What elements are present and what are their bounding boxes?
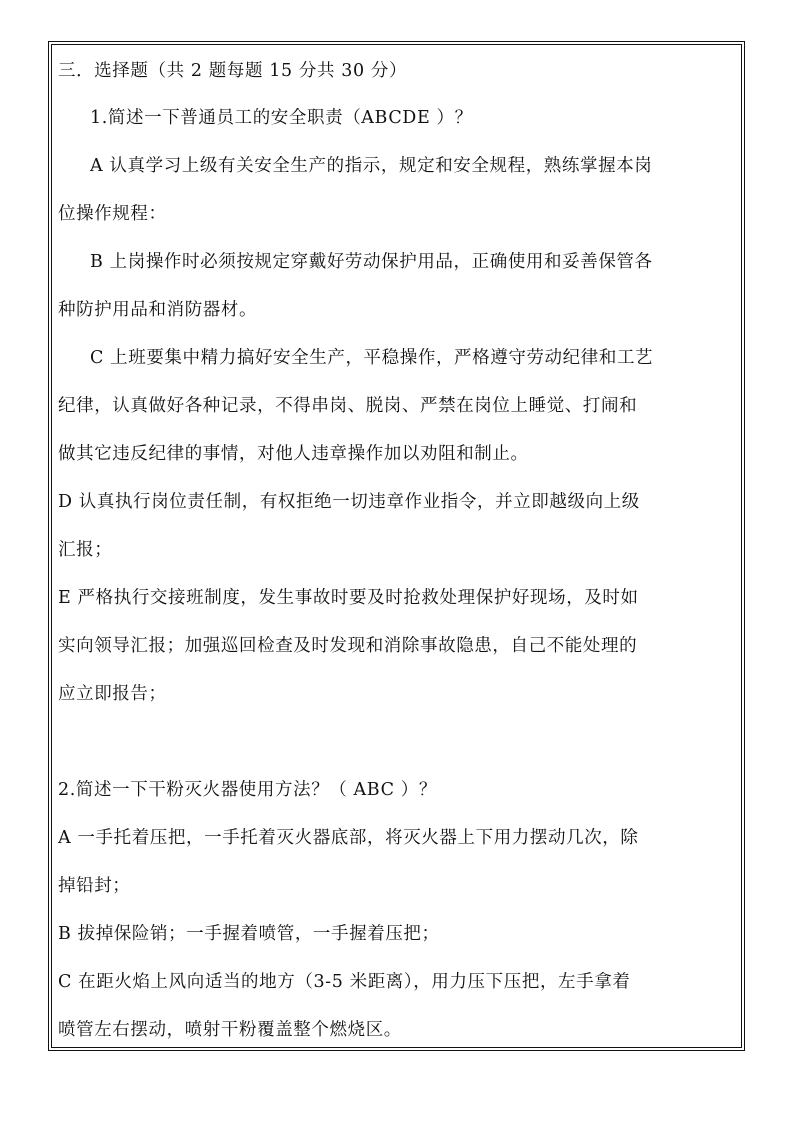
q1-option-a-line-2: 位操作规程： [58, 202, 740, 226]
q1-option-b-line-1: B 上岗操作时必须按规定穿戴好劳动保护用品，正确使用和妥善保管各 [90, 250, 772, 274]
q2-option-c-line-1: C 在距火焰上风向适当的地方（3-5 米距离），用力压下压把，左手拿着 [58, 970, 740, 994]
q1-option-e-line-2: 实向领导汇报；加强巡回检查及时发现和消除事故隐患，自己不能处理的 [58, 634, 740, 658]
section-title: 三．选择题（共 2 题每题 15 分共 30 分） [58, 59, 740, 83]
q2-option-c-line-2: 喷管左右摆动，喷射干粉覆盖整个燃烧区。 [58, 1018, 740, 1042]
q1-option-d-line-2: 汇报； [58, 538, 740, 562]
q1-option-b-line-2: 种防护用品和消防器材。 [58, 298, 740, 322]
q1-option-c-line-1: C 上班要集中精力搞好安全生产，平稳操作，严格遵守劳动纪律和工艺 [90, 346, 772, 370]
q1-option-e-line-3: 应立即报告； [58, 682, 740, 706]
question-1-prompt: 1.简述一下普通员工的安全职责（ABCDE ）？ [90, 106, 772, 130]
q1-option-d-line-1: D 认真执行岗位责任制，有权拒绝一切违章作业指令，并立即越级向上级 [58, 490, 740, 514]
q1-option-c-line-2: 纪律，认真做好各种记录，不得串岗、脱岗、严禁在岗位上睡觉、打闹和 [58, 394, 740, 418]
q2-option-a-line-1: A 一手托着压把，一手托着灭火器底部，将灭火器上下用力摆动几次，除 [58, 826, 740, 850]
q1-option-a-line-1: A 认真学习上级有关安全生产的指示，规定和安全规程，熟练掌握本岗 [90, 154, 772, 178]
question-2-prompt: 2.简述一下干粉灭火器使用方法？（ ABC ）？ [58, 778, 740, 802]
q2-option-a-line-2: 掉铅封； [58, 874, 740, 898]
q1-option-e-line-1: E 严格执行交接班制度，发生事故时要及时抢救处理保护好现场，及时如 [58, 586, 740, 610]
q1-option-c-line-3: 做其它违反纪律的事情，对他人违章操作加以劝阻和制止。 [58, 442, 740, 466]
q2-option-b-line-1: B 拔掉保险销；一手握着喷管，一手握着压把； [58, 922, 740, 946]
